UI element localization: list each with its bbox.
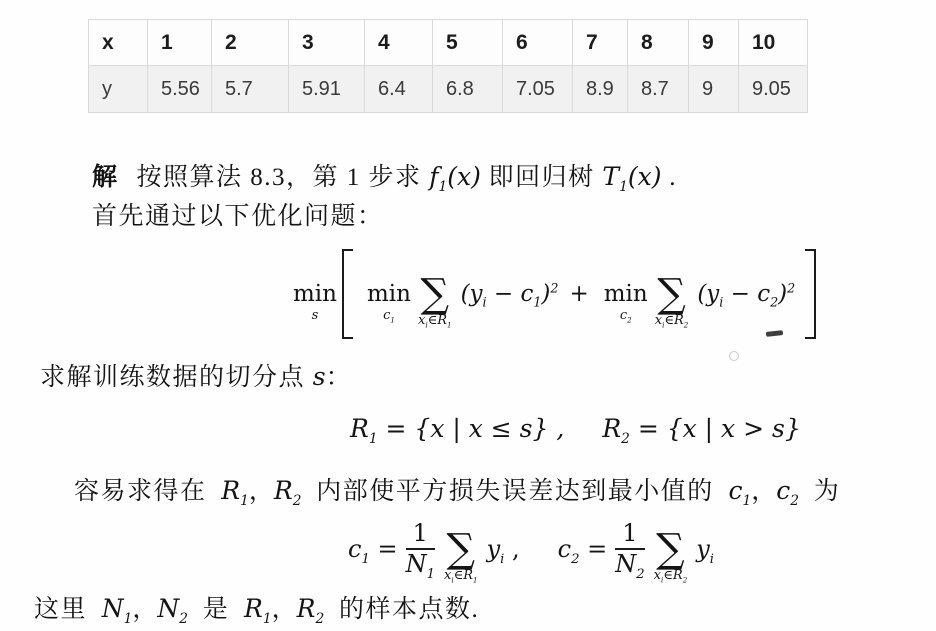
sum-over-R1: ∑ xi∈R1	[418, 277, 452, 328]
math-yi-comma: yi ,	[487, 535, 520, 563]
solution-label: 解	[92, 164, 119, 191]
easy-text-2: 内部使平方损失误差达到最小值的	[316, 478, 714, 505]
x-value: 4	[365, 20, 433, 66]
x-value: 10	[739, 20, 808, 66]
sample-count-line: 这里 N1，N2 是 R1，R2 的样本点数.	[34, 589, 479, 625]
min-s-subscript: s	[312, 309, 319, 323]
math-c2-equals: c2 =	[558, 535, 608, 563]
min-word: min	[604, 283, 648, 306]
document-page: x 1 2 3 4 5 6 7 8 9 10 y 5.56 5.7 5.91 6…	[0, 0, 936, 631]
math-R1-definition: R1 = {x | x ≤ s} ,	[350, 414, 564, 443]
sigma-icon: ∑	[420, 277, 449, 311]
fraction-numerator: 1	[406, 521, 435, 550]
solution-text-2: 即回归树	[489, 164, 595, 191]
x-value: 9	[689, 20, 739, 66]
x-value: 2	[212, 20, 289, 66]
min-over-c1: min c1	[367, 283, 411, 323]
fraction-denominator-N2: N2	[615, 550, 644, 577]
y-value: 8.9	[573, 66, 628, 113]
easy-text-1: 容易求得在	[74, 478, 207, 505]
split-point-text: 求解训练数据的切分点	[40, 364, 305, 391]
scan-artifact-dot	[729, 351, 739, 361]
fraction-numerator: 1	[615, 521, 644, 550]
sum-R1-limits: xi∈R1	[444, 569, 478, 583]
min-over-c2: min c2	[604, 283, 648, 323]
x-value: 5	[433, 20, 503, 66]
y-row-header: y	[89, 66, 148, 113]
x-row-header: x	[89, 20, 148, 66]
formula-region-definitions: R1 = {x | x ≤ s} , R2 = {x | x > s}	[350, 414, 801, 443]
xy-data-table: x 1 2 3 4 5 6 7 8 9 10 y 5.56 5.7 5.91 6…	[88, 19, 808, 113]
y-value: 7.05	[503, 66, 573, 113]
y-value: 8.7	[628, 66, 689, 113]
sigma-icon: ∑	[447, 532, 476, 566]
math-yi: yi	[696, 535, 714, 563]
fraction-1-over-N2: 1 N2	[615, 521, 644, 577]
min-word: min	[293, 283, 337, 306]
sum-over-R2: ∑ xi∈R2	[655, 277, 689, 328]
math-R1-R2: R1，R2	[244, 594, 324, 623]
plus-sign: +	[569, 281, 588, 307]
formula-min-optimization: min s min c1 ∑ xi∈R1 (yi − c1)2 + min c2…	[293, 248, 816, 340]
y-value: 5.7	[212, 66, 289, 113]
x-value: 3	[289, 20, 365, 66]
y-value: 5.91	[289, 66, 365, 113]
sigma-icon: ∑	[656, 532, 685, 566]
min-word: min	[367, 283, 411, 306]
math-R2-definition: R2 = {x | x > s}	[602, 414, 800, 443]
math-R1-R2: R1，R2	[221, 476, 301, 505]
y-value: 9	[689, 66, 739, 113]
last-text-2: 是	[203, 596, 230, 623]
squared-loss-term-2: (yi − c2)2	[697, 281, 795, 307]
y-value: 6.8	[433, 66, 503, 113]
left-bracket	[342, 249, 353, 339]
table-row-x: x 1 2 3 4 5 6 7 8 9 10	[89, 20, 808, 66]
table-row-y: y 5.56 5.7 5.91 6.4 6.8 7.05 8.9 8.7 9 9…	[89, 66, 808, 113]
math-c1-c2: c1，c2	[728, 476, 799, 505]
solution-paragraph-line1: 解按照算法 8.3，第 1 步求 f1(x) 即回归树 T1(x) .	[92, 157, 677, 193]
split-point-line: 求解训练数据的切分点 s：	[40, 357, 351, 393]
fraction-1-over-N1: 1 N1	[406, 521, 435, 577]
math-N1-N2: N1，N2	[102, 594, 188, 623]
y-value: 6.4	[365, 66, 433, 113]
sum-over-R1: ∑ xi∈R1	[444, 532, 478, 583]
sentence-period: .	[661, 164, 677, 191]
x-value: 1	[148, 20, 212, 66]
fraction-denominator-N1: N1	[406, 550, 435, 577]
x-value: 7	[573, 20, 628, 66]
solution-text-1: 按照算法 8.3，第 1 步求	[137, 164, 422, 191]
math-split-var-s: s：	[313, 362, 351, 391]
easy-text-3: 为	[814, 478, 841, 505]
math-T1x: T1(x)	[602, 162, 661, 191]
easy-to-solve-line: 容易求得在 R1，R2 内部使平方损失误差达到最小值的 c1，c2 为	[74, 471, 840, 507]
x-value: 6	[503, 20, 573, 66]
last-text-3: 的样本点数.	[339, 596, 479, 623]
math-c1-equals: c1 =	[348, 535, 398, 563]
sigma-icon: ∑	[657, 277, 686, 311]
squared-loss-term-1: (yi − c1)2	[461, 281, 559, 307]
formula-c-means: c1 = 1 N1 ∑ xi∈R1 yi , c2 = 1 N2 ∑ xi∈R2…	[348, 511, 714, 587]
x-value: 8	[628, 20, 689, 66]
solution-paragraph-line2: 首先通过以下优化问题：	[92, 196, 384, 232]
y-value: 5.56	[148, 66, 212, 113]
sum-R2-limits: xi∈R2	[655, 314, 689, 328]
math-f1x: f1(x)	[429, 162, 481, 191]
right-bracket	[805, 249, 816, 339]
min-over-s: min s	[293, 283, 337, 323]
sum-R1-limits: xi∈R1	[418, 314, 452, 328]
y-value: 9.05	[739, 66, 808, 113]
sum-R2-limits: xi∈R2	[654, 569, 688, 583]
sum-over-R2: ∑ xi∈R2	[654, 532, 688, 583]
min-c2-subscript: c2	[620, 309, 632, 323]
last-text-1: 这里	[34, 596, 87, 623]
min-c1-subscript: c1	[383, 309, 395, 323]
